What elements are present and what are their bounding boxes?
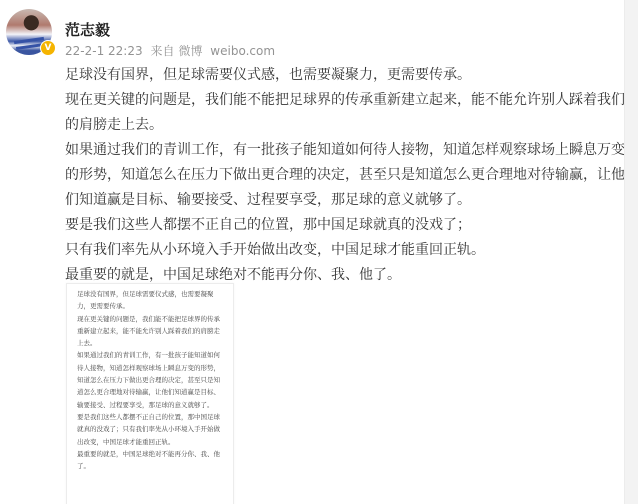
post-timestamp[interactable]: 22-2-1 22:23 — [65, 44, 143, 58]
post-paragraph: 现在更关键的问题是，我们能不能把足球界的传承重新建立起来，能不能允许别人踩着我们… — [65, 88, 625, 138]
image-paragraph: 足球没有国界，但足球需要仪式感，也需要凝聚力，更需要传承。 — [77, 288, 225, 313]
post-paragraph: 只有我们率先从小环境入手开始做出改变，中国足球才能重回正轨。 — [65, 238, 625, 263]
image-paragraph: 要是我们这些人都摆不正自己的位置，那中国足球就真的没戏了；只有我们率先从小环境入… — [77, 411, 225, 448]
verified-badge-icon: V — [40, 40, 56, 56]
author-name[interactable]: 范志毅 — [65, 19, 110, 40]
image-paragraph: 现在更关键的问题是，我们能不能把足球界的传承重新建立起来，能不能允许别人踩着我们… — [77, 313, 225, 350]
post-content: 足球没有国界，但足球需要仪式感，也需要凝聚力，更需要传承。 现在更关键的问题是，… — [65, 63, 625, 288]
post-paragraph: 足球没有国界，但足球需要仪式感，也需要凝聚力，更需要传承。 — [65, 63, 625, 88]
image-text: 足球没有国界，但足球需要仪式感，也需要凝聚力，更需要传承。 现在更关键的问题是，… — [67, 284, 233, 472]
post-paragraph: 如果通过我们的青训工作，有一批孩子能知道如何待人接物，知道怎样观察球场上瞬息万变… — [65, 138, 625, 213]
post-paragraph: 要是我们这些人都摆不正自己的位置，那中国足球就真的没戏了； — [65, 213, 625, 238]
source-prefix: 来自 — [150, 44, 174, 58]
scrollbar-track[interactable] — [624, 0, 638, 504]
image-paragraph: 最重要的就是，中国足球绝对不能再分你、我、他了。 — [77, 448, 225, 473]
source-domain: weibo.com — [210, 44, 275, 58]
weibo-post: V 范志毅 22-2-1 22:23 来自微博 weibo.com 足球没有国界… — [0, 0, 625, 504]
post-image-thumbnail[interactable]: 足球没有国界，但足球需要仪式感，也需要凝聚力，更需要传承。 现在更关键的问题是，… — [66, 283, 234, 504]
source-app[interactable]: 微博 — [178, 44, 202, 58]
image-paragraph: 如果通过我们的青训工作，有一批孩子能知道如何待人接物，知道怎样观察球场上瞬息万变… — [77, 349, 225, 410]
post-meta: 22-2-1 22:23 来自微博 weibo.com — [65, 42, 279, 59]
